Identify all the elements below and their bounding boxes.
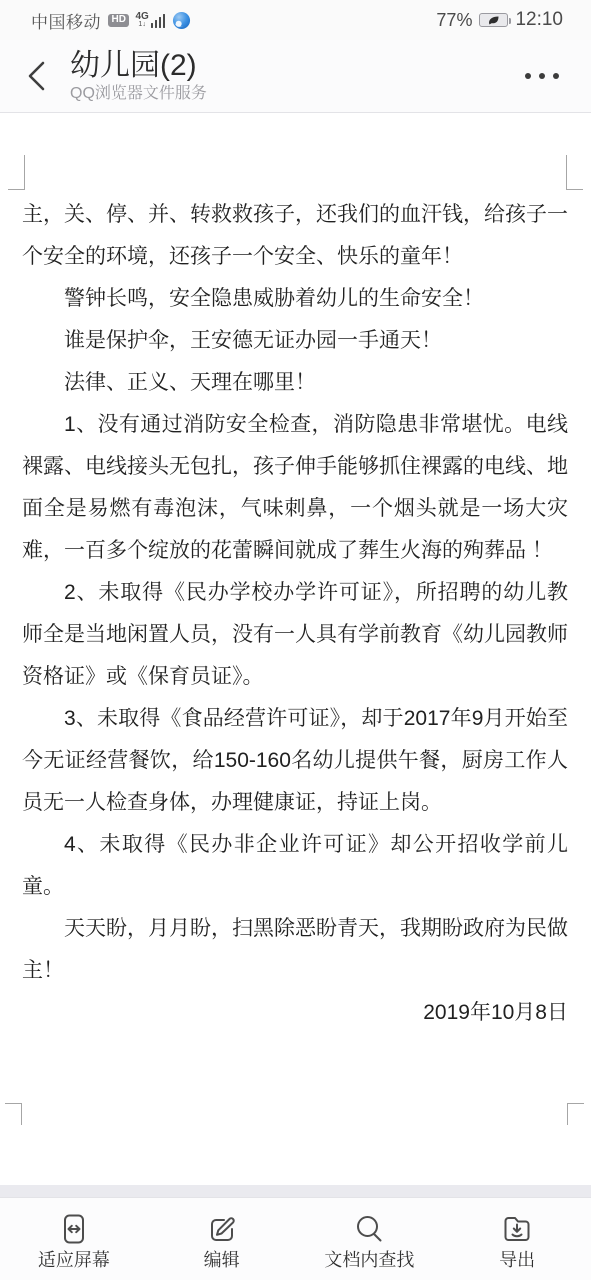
search-in-document-icon xyxy=(353,1213,385,1245)
tool-label: 编辑 xyxy=(204,1250,240,1270)
battery-icon xyxy=(479,13,508,27)
search-in-document-button[interactable]: 文档内查找 xyxy=(296,1209,444,1270)
paragraph: 警钟长鸣，安全隐患威胁着幼儿的生命安全！ xyxy=(22,278,568,320)
page-margin-mark-top-right xyxy=(566,155,583,190)
header-bar: 幼儿园(2) QQ浏览器文件服务 xyxy=(0,40,591,113)
phone-screen: 中国移动 HD 4G 1↓ 77% xyxy=(0,0,591,1280)
paragraph: 2、未取得《民办学校办学许可证》，所招聘的幼儿教师全是当地闲置人员，没有一人具有… xyxy=(22,572,568,698)
export-icon xyxy=(501,1213,533,1245)
document-page[interactable]: 主，关、停、并、转救救孩子，还我们的血汗钱，给孩子一个安全的环境，还孩子一个安全… xyxy=(0,113,591,1197)
status-bar: 中国移动 HD 4G 1↓ 77% xyxy=(0,0,591,40)
paragraph: 主，关、停、并、转救救孩子，还我们的血汗钱，给孩子一个安全的环境，还孩子一个安全… xyxy=(22,194,568,278)
hd-volte-icon: HD xyxy=(108,14,129,27)
overflow-menu-button[interactable] xyxy=(523,63,561,89)
page-gap xyxy=(0,1185,591,1197)
status-right: 77% 12:10 xyxy=(436,9,563,31)
paragraph: 法律、正义、天理在哪里！ xyxy=(22,362,568,404)
document-title: 幼儿园(2) xyxy=(70,49,207,83)
paragraph: 3、未取得《食品经营许可证》，却于2017年9月开始至今无证经营餐饮，给150-… xyxy=(22,698,568,824)
paragraph: 2019年10月8日 xyxy=(22,992,568,1034)
paragraph: 1、没有通过消防安全检查，消防隐患非常堪忧。电线裸露、电线接头无包扎，孩子伸手能… xyxy=(22,404,568,572)
tool-label: 导出 xyxy=(499,1250,535,1270)
fit-screen-icon xyxy=(58,1213,90,1245)
signal-cluster: 4G 1↓ xyxy=(135,12,165,28)
tool-label: 适应屏幕 xyxy=(38,1250,110,1270)
bottom-toolbar: 适应屏幕 编辑 文档内查找 导出 xyxy=(0,1197,591,1280)
fit-screen-button[interactable]: 适应屏幕 xyxy=(0,1209,148,1270)
page-margin-mark-bottom-right xyxy=(567,1103,584,1125)
export-button[interactable]: 导出 xyxy=(443,1209,591,1270)
back-button[interactable] xyxy=(26,59,56,93)
page-margin-mark-bottom-left xyxy=(5,1103,22,1125)
data-sphere-icon xyxy=(172,11,191,30)
edit-button[interactable]: 编辑 xyxy=(148,1209,296,1270)
title-block: 幼儿园(2) QQ浏览器文件服务 xyxy=(70,49,207,104)
document-text: 主，关、停、并、转救救孩子，还我们的血汗钱，给孩子一个安全的环境，还孩子一个安全… xyxy=(22,194,568,1034)
signal-bars-icon xyxy=(151,14,166,28)
document-subtitle: QQ浏览器文件服务 xyxy=(70,84,207,104)
clock-label: 12:10 xyxy=(515,9,563,31)
battery-percent-label: 77% xyxy=(436,10,472,31)
page-margin-mark-top-left xyxy=(8,155,25,190)
carrier-label: 中国移动 xyxy=(31,8,101,33)
paragraph: 4、未取得《民办非企业许可证》却公开招收学前儿童。 xyxy=(22,824,568,908)
edit-icon xyxy=(206,1213,238,1245)
paragraph: 天天盼，月月盼，扫黑除恶盼青天，我期盼政府为民做主！ xyxy=(22,908,568,992)
chevron-left-icon xyxy=(26,59,48,93)
tool-label: 文档内查找 xyxy=(324,1250,414,1270)
network-type-icon: 4G 1↓ xyxy=(135,12,148,28)
leaf-icon xyxy=(487,14,501,26)
paragraph: 谁是保护伞，王安德无证办园一手通天！ xyxy=(22,320,568,362)
